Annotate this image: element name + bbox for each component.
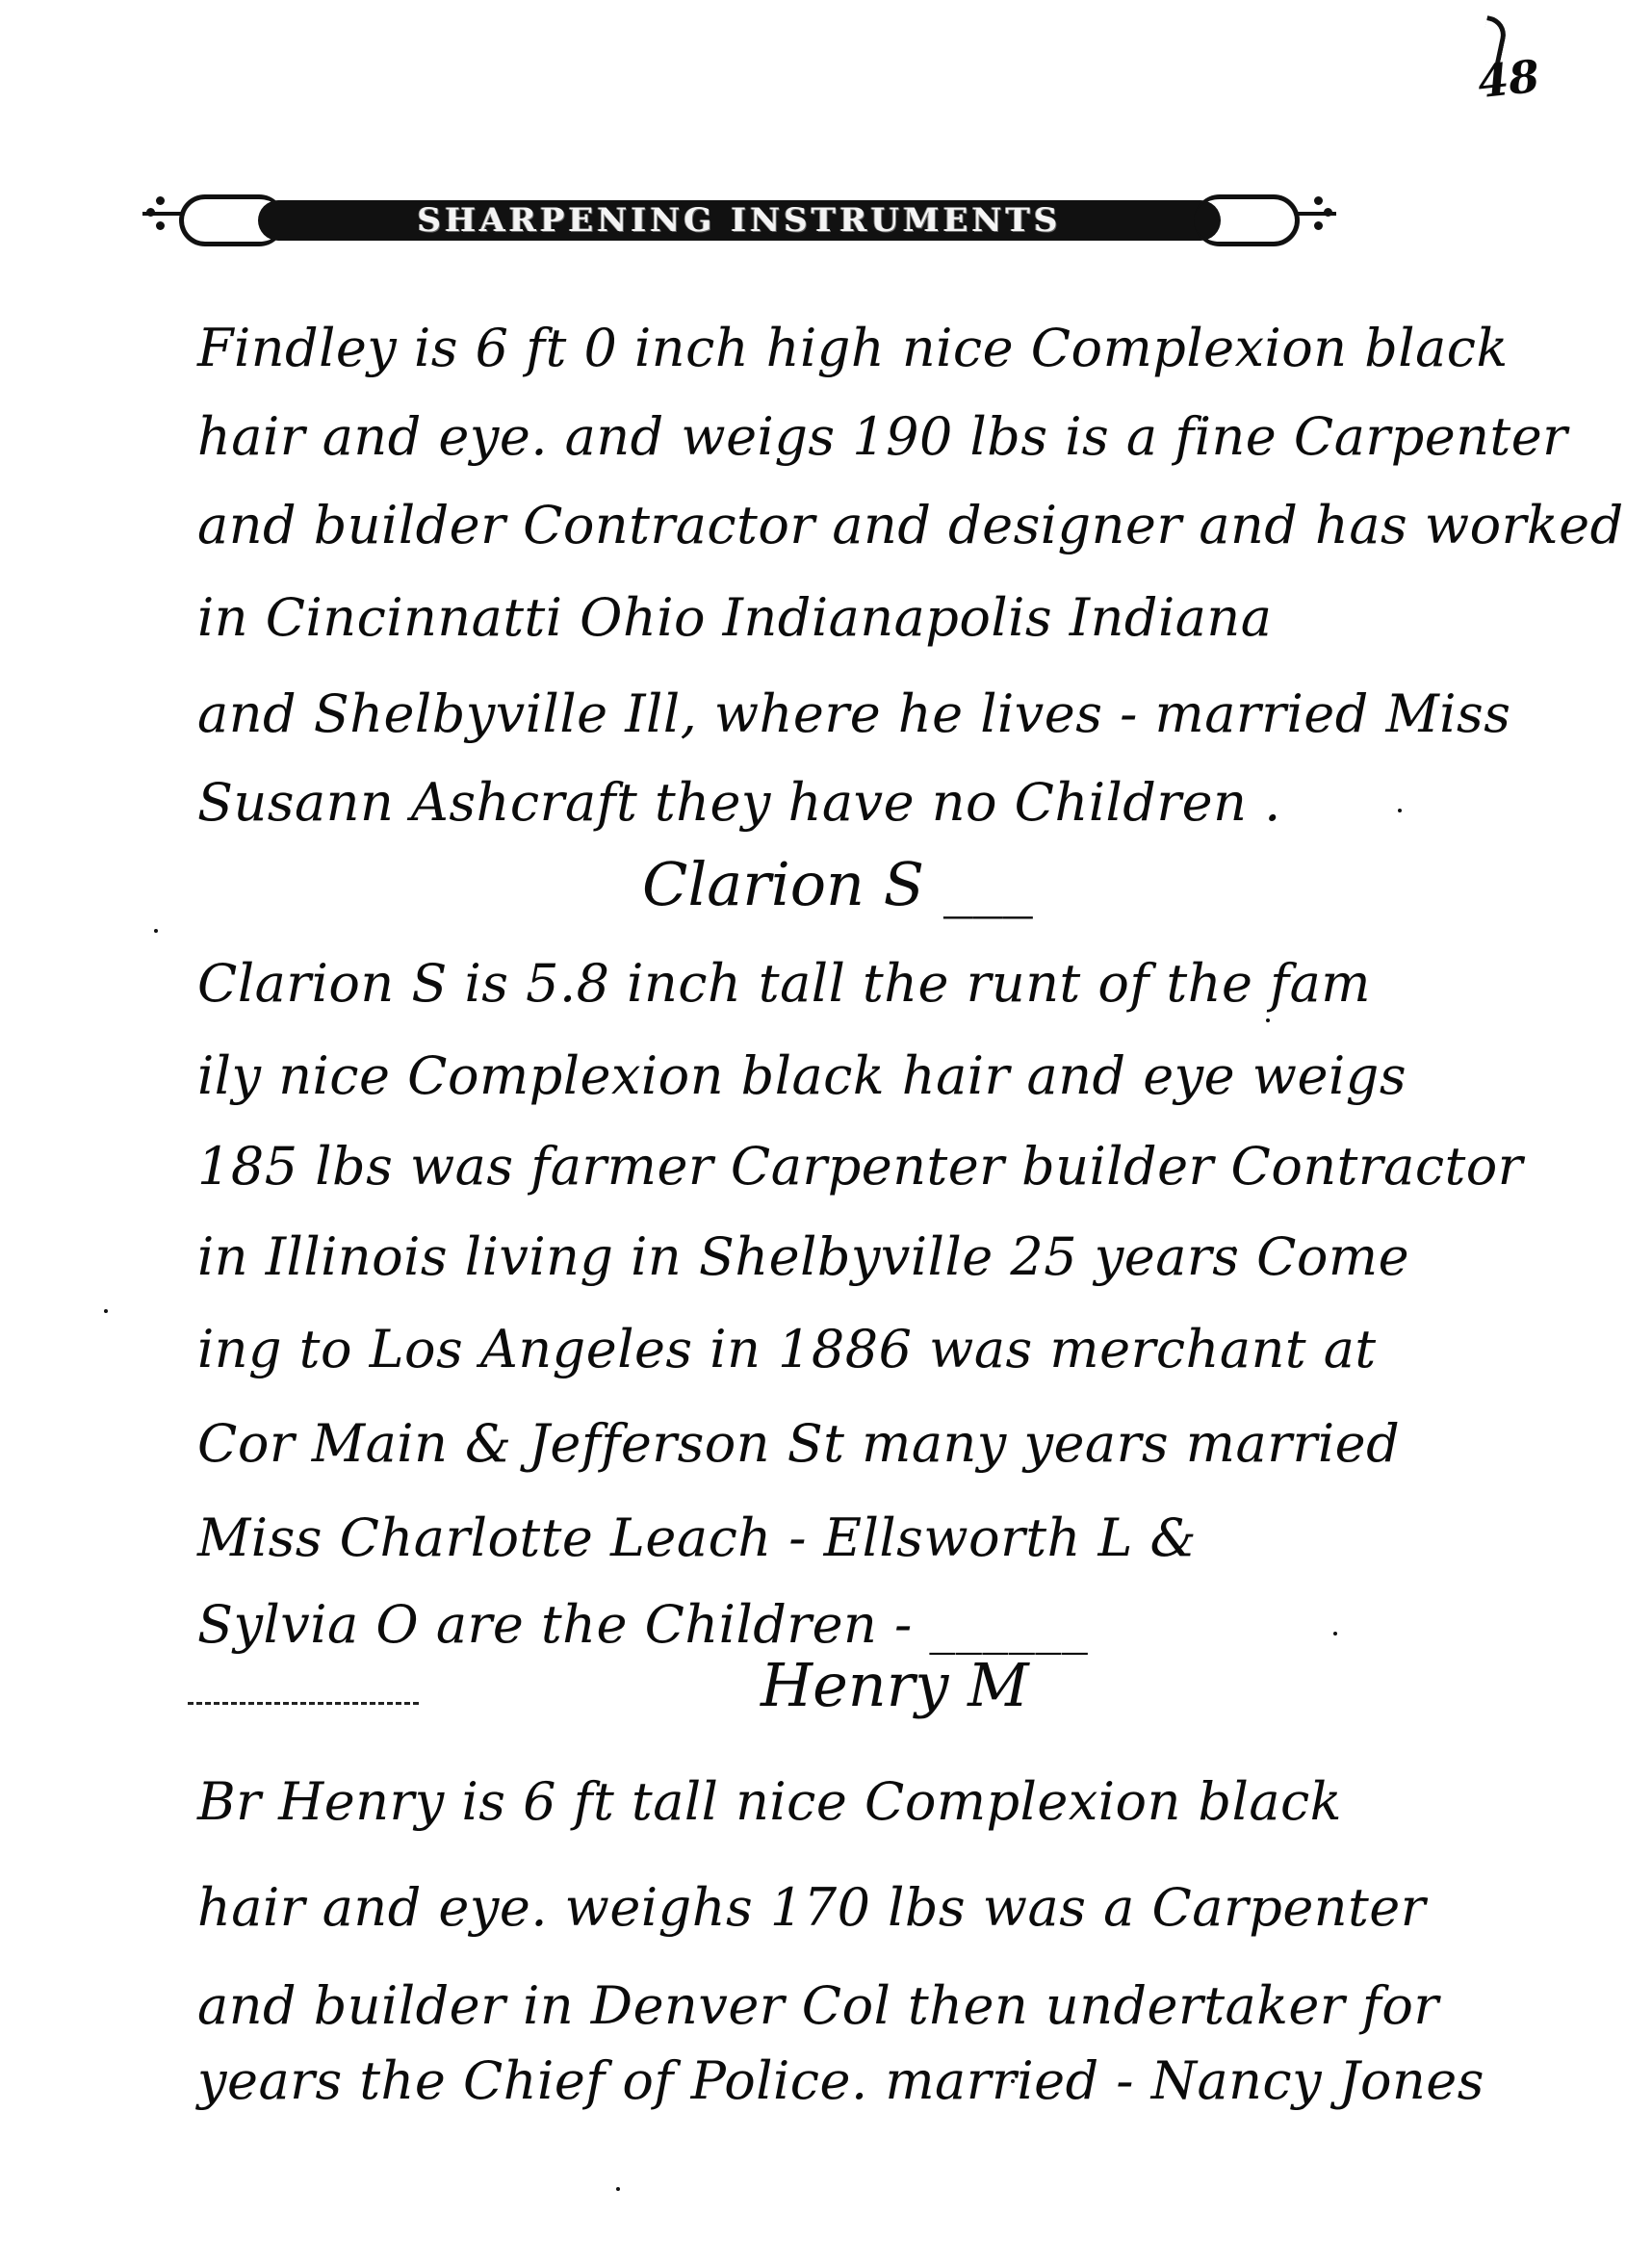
- text-line: Cor Main & Jefferson St many years marri…: [197, 1413, 1400, 1474]
- text-line: in Illinois living in Shelbyville 25 yea…: [197, 1226, 1409, 1287]
- text-line: ing to Los Angeles in 1886 was merchant …: [197, 1319, 1377, 1379]
- banner-right-scroll-icon: [1194, 194, 1300, 246]
- banner-text: SHARPENING INSTRUMENTS: [418, 201, 1062, 240]
- text-line: hair and eye. and weigs 190 lbs is a fin…: [197, 406, 1568, 467]
- text-line: Sylvia O are the Children - ______: [197, 1594, 1088, 1655]
- text-line: Clarion S is 5.8 inch tall the runt of t…: [197, 953, 1371, 1014]
- text-line: Br Henry is 6 ft tall nice Complexion bl…: [197, 1771, 1342, 1832]
- text-line: 185 lbs was farmer Carpenter builder Con…: [197, 1136, 1523, 1197]
- text-line: Susann Ashcraft they have no Children .: [197, 772, 1281, 833]
- banner-bar: SHARPENING INSTRUMENTS: [258, 200, 1221, 241]
- page-number: 48: [1475, 50, 1541, 108]
- scan-speck: [154, 929, 158, 933]
- text-line: hair and eye. weighs 170 lbs was a Carpe…: [197, 1877, 1426, 1938]
- text-line: and builder in Denver Col then undertake…: [197, 1975, 1439, 2036]
- scan-speck: [104, 1309, 108, 1313]
- banner-dot-icon: [1314, 196, 1323, 205]
- text-line: and builder Contractor and designer and …: [197, 495, 1624, 555]
- banner-right-flourish: [1298, 212, 1336, 216]
- text-line: in Cincinnatti Ohio Indianapolis Indiana: [197, 587, 1272, 648]
- section-heading-henry: Henry M: [761, 1650, 1029, 1720]
- text-line: Findley is 6 ft 0 inch high nice Complex…: [197, 318, 1509, 378]
- scan-speck: [1333, 1632, 1337, 1636]
- text-line: years the Chief of Police. married - Nan…: [197, 2050, 1484, 2111]
- dotted-rule: [188, 1702, 419, 1705]
- banner-dot-icon: [1314, 221, 1323, 230]
- ornamental-banner: SHARPENING INSTRUMENTS: [142, 189, 1336, 256]
- scan-speck: [1011, 2079, 1015, 2083]
- banner-dot-icon: [146, 208, 155, 217]
- banner-dot-icon: [156, 221, 165, 230]
- text-line: Miss Charlotte Leach - Ellsworth L &: [197, 1507, 1197, 1568]
- scan-speck: [1232, 1247, 1236, 1250]
- section-heading-clarion: Clarion S ___: [642, 849, 1033, 919]
- banner-dot-icon: [156, 196, 165, 205]
- document-page: 48 SHARPENING INSTRUMENTS Findley is 6 f…: [0, 0, 1652, 2241]
- text-line: ily nice Complexion black hair and eye w…: [197, 1045, 1407, 1106]
- text-line: and Shelbyville Ill, where he lives - ma…: [197, 683, 1510, 744]
- scan-speck: [616, 2187, 620, 2191]
- scan-speck: [1398, 809, 1402, 812]
- scan-speck: [1266, 1018, 1270, 1022]
